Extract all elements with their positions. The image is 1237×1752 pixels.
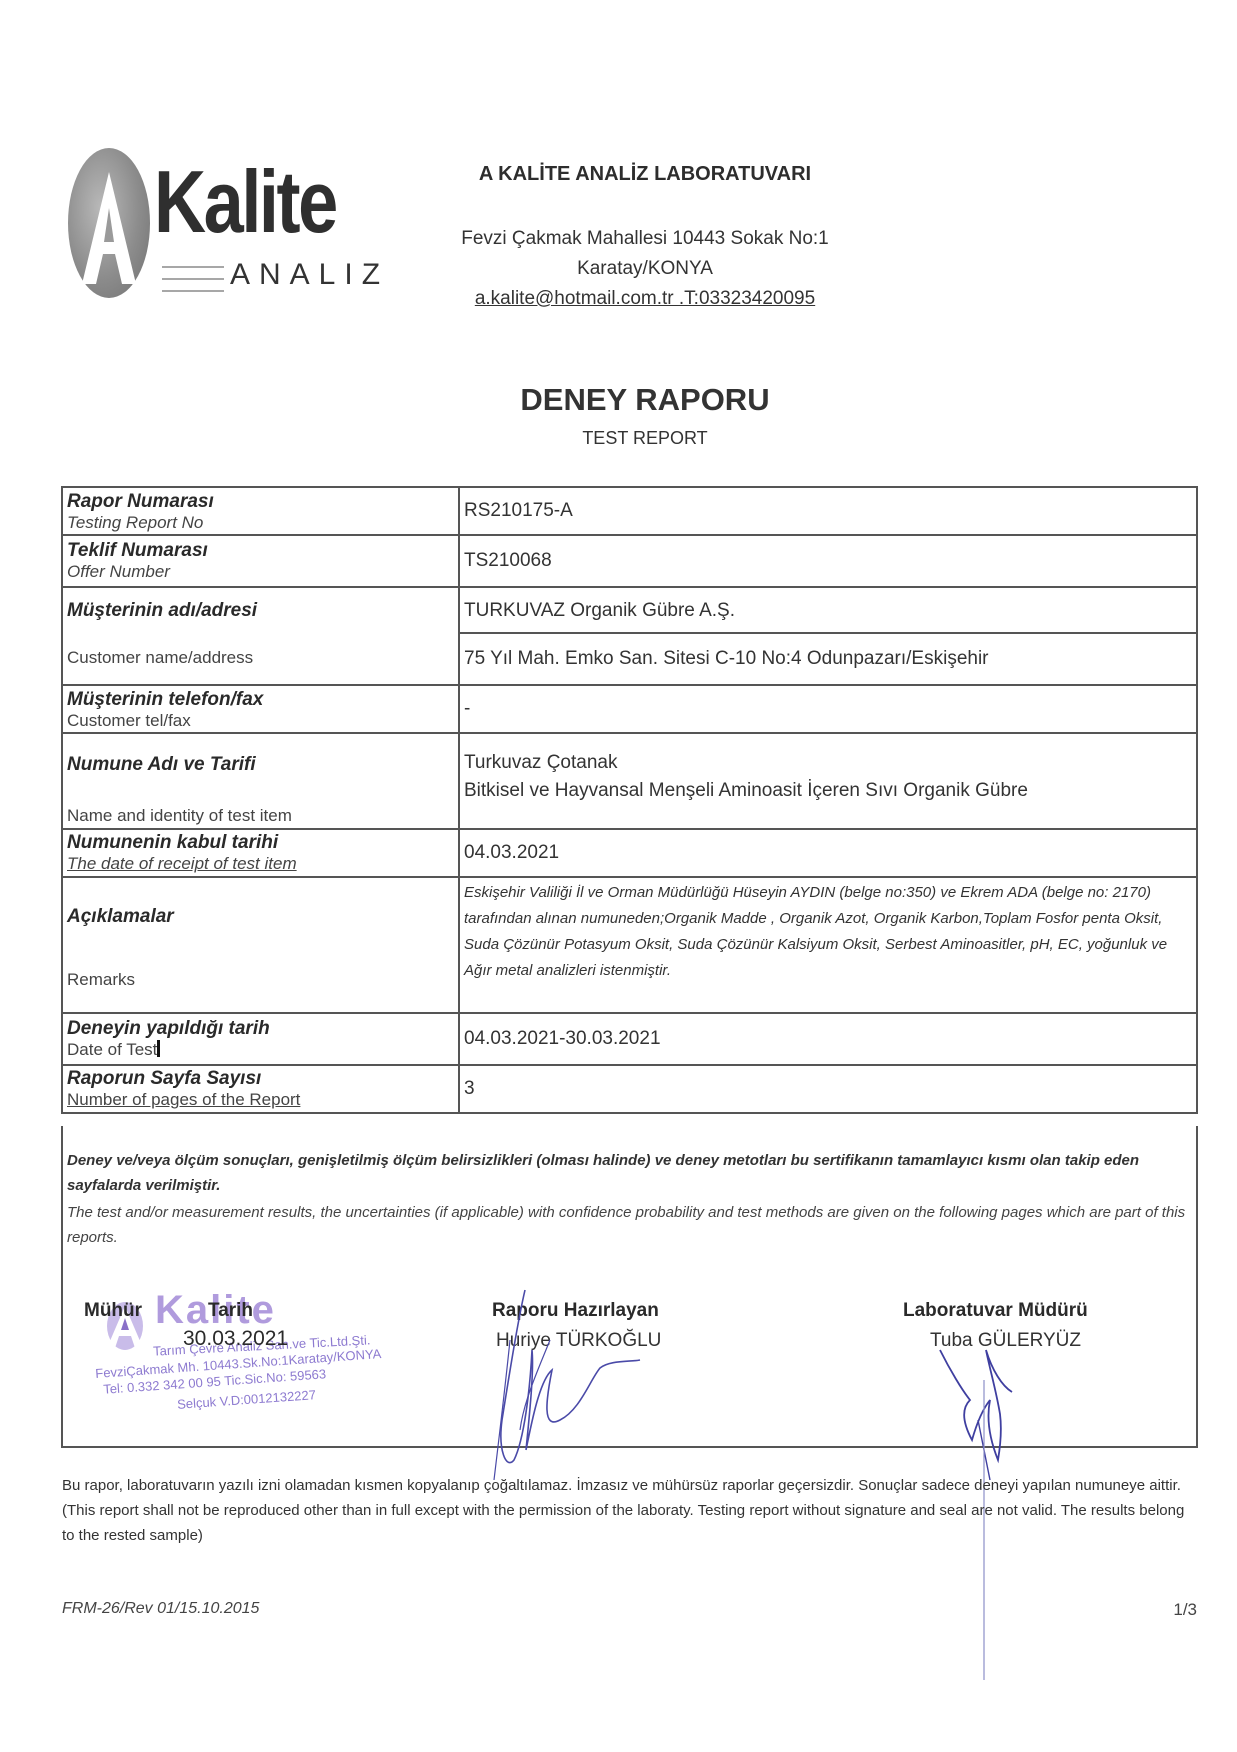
stamp-line-4: Selçuk V.D:0012132227 bbox=[177, 1387, 317, 1412]
lab-contact-link[interactable]: a.kalite@hotmail.com.tr .T:03323420095 bbox=[420, 288, 870, 310]
label-cell: Rapor Numarası Testing Report No bbox=[62, 487, 459, 535]
report-no-label-tr: Rapor Numarası bbox=[67, 491, 454, 512]
table-row-remarks: Açıklamalar Remarks Eskişehir Valiliği İ… bbox=[62, 877, 1197, 1013]
value-cell: TURKUVAZ Organik Gübre A.Ş. bbox=[459, 587, 1197, 633]
disclaimer-text: Bu rapor, laboratuvarın yazılı izni olam… bbox=[62, 1473, 1192, 1548]
label-cell: Müşterinin adı/adresi Customer name/addr… bbox=[62, 587, 459, 685]
customer-address-value: 75 Yıl Mah. Emko San. Sitesi C-10 No:4 O… bbox=[464, 648, 1192, 670]
lab-title: A KALİTE ANALİZ LABORATUVARI bbox=[420, 163, 870, 186]
value-cell: 3 bbox=[459, 1065, 1197, 1113]
label-cell: Müşterinin telefon/fax Customer tel/fax bbox=[62, 685, 459, 733]
test-date-label-en-wrap: Date of Test bbox=[67, 1039, 454, 1060]
value-cell: TS210068 bbox=[459, 535, 1197, 587]
test-date-value: 04.03.2021-30.03.2021 bbox=[464, 1028, 1192, 1050]
table-row-page-count: Raporun Sayfa Sayısı Number of pages of … bbox=[62, 1065, 1197, 1113]
seal-label: Mühür bbox=[84, 1300, 142, 1322]
note-english: The test and/or measurement results, the… bbox=[67, 1200, 1192, 1250]
customer-label-tr: Müşterinin adı/adresi bbox=[67, 600, 454, 621]
phone-label-tr: Müşterinin telefon/fax bbox=[67, 689, 454, 710]
offer-no-label-en: Offer Number bbox=[67, 561, 454, 582]
company-stamp: Kalite Tarım Çevre Analiz San.ve Tic.Ltd… bbox=[95, 1288, 435, 1418]
page-count-label-en: Number of pages of the Report bbox=[67, 1089, 454, 1110]
label-cell: Numunenin kabul tarihi The date of recei… bbox=[62, 829, 459, 877]
sample-description-value: Bitkisel ve Hayvansal Menşeli Aminoasit … bbox=[464, 780, 1192, 802]
table-row-offer-no: Teklif Numarası Offer Number TS210068 bbox=[62, 535, 1197, 587]
page-number: 1/3 bbox=[1173, 1600, 1197, 1620]
sample-label-en: Name and identity of test item bbox=[67, 805, 454, 826]
customer-name-value: TURKUVAZ Organik Gübre A.Ş. bbox=[464, 600, 1192, 622]
label-cell: Deneyin yapıldığı tarih Date of Test bbox=[62, 1013, 459, 1065]
phone-label-en: Customer tel/fax bbox=[67, 710, 454, 731]
date-label: Tarih bbox=[208, 1300, 253, 1322]
lab-address-line2: Karatay/KONYA bbox=[420, 258, 870, 280]
value-cell: Eskişehir Valiliği İl ve Orman Müdürlüğü… bbox=[459, 877, 1197, 1013]
offer-no-value: TS210068 bbox=[464, 550, 1192, 572]
receipt-date-value: 04.03.2021 bbox=[464, 842, 1192, 864]
company-logo: Kalite ANALIZ bbox=[62, 148, 362, 298]
remarks-value: Eskişehir Valiliği İl ve Orman Müdürlüğü… bbox=[464, 880, 1192, 984]
sample-name-value: Turkuvaz Çotanak bbox=[464, 752, 1192, 774]
page-count-value: 3 bbox=[464, 1078, 1192, 1100]
remarks-label-en: Remarks bbox=[67, 969, 454, 990]
sample-label-tr: Numune Adı ve Tarifi bbox=[67, 754, 454, 775]
receipt-date-label-en: The date of receipt of test item bbox=[67, 853, 454, 874]
test-date-label-en: Date of Test bbox=[67, 1040, 157, 1059]
remarks-label-tr: Açıklamalar bbox=[67, 906, 454, 927]
table-row-receipt-date: Numunenin kabul tarihi The date of recei… bbox=[62, 829, 1197, 877]
table-row-customer-name: Müşterinin adı/adresi Customer name/addr… bbox=[62, 587, 1197, 633]
phone-value: - bbox=[464, 698, 1192, 720]
form-code: FRM-26/Rev 01/15.10.2015 bbox=[62, 1600, 259, 1618]
manager-title: Laboratuvar Müdürü bbox=[903, 1300, 1088, 1322]
value-cell: Turkuvaz Çotanak Bitkisel ve Hayvansal M… bbox=[459, 733, 1197, 829]
value-cell: 04.03.2021-30.03.2021 bbox=[459, 1013, 1197, 1065]
receipt-date-label-tr: Numunenin kabul tarihi bbox=[67, 832, 454, 853]
report-info-table: Rapor Numarası Testing Report No RS21017… bbox=[61, 486, 1198, 1114]
value-cell: RS210175-A bbox=[459, 487, 1197, 535]
page-count-label-tr: Raporun Sayfa Sayısı bbox=[67, 1068, 454, 1089]
value-cell: - bbox=[459, 685, 1197, 733]
logo-a-letter-icon bbox=[80, 168, 138, 288]
logo-decorative-lines bbox=[162, 266, 224, 302]
signature-date-value: 30.03.2021 bbox=[183, 1327, 288, 1351]
report-no-value: RS210175-A bbox=[464, 500, 1192, 522]
logo-sub-text: ANALIZ bbox=[230, 260, 389, 290]
label-cell: Teklif Numarası Offer Number bbox=[62, 535, 459, 587]
manager-name: Tuba GÜLERYÜZ bbox=[930, 1330, 1081, 1352]
table-row-report-no: Rapor Numarası Testing Report No RS21017… bbox=[62, 487, 1197, 535]
table-row-test-date: Deneyin yapıldığı tarih Date of Test 04.… bbox=[62, 1013, 1197, 1065]
offer-no-label-tr: Teklif Numarası bbox=[67, 540, 454, 561]
text-cursor-mark bbox=[157, 1040, 160, 1057]
test-date-label-tr: Deneyin yapıldığı tarih bbox=[67, 1018, 454, 1039]
table-row-phone: Müşterinin telefon/fax Customer tel/fax … bbox=[62, 685, 1197, 733]
label-cell: Açıklamalar Remarks bbox=[62, 877, 459, 1013]
report-no-label-en: Testing Report No bbox=[67, 512, 454, 533]
preparer-name: Huriye TÜRKOĞLU bbox=[496, 1330, 661, 1352]
document-subtitle: TEST REPORT bbox=[420, 428, 870, 449]
label-cell: Numune Adı ve Tarifi Name and identity o… bbox=[62, 733, 459, 829]
lab-address-line1: Fevzi Çakmak Mahallesi 10443 Sokak No:1 bbox=[420, 228, 870, 250]
label-cell: Raporun Sayfa Sayısı Number of pages of … bbox=[62, 1065, 459, 1113]
table-row-sample: Numune Adı ve Tarifi Name and identity o… bbox=[62, 733, 1197, 829]
preparer-title: Raporu Hazırlayan bbox=[492, 1300, 659, 1322]
customer-label-en: Customer name/address bbox=[67, 647, 454, 668]
logo-brand-text: Kalite bbox=[154, 158, 336, 246]
note-turkish: Deney ve/veya ölçüm sonuçları, genişleti… bbox=[67, 1148, 1192, 1198]
value-cell: 75 Yıl Mah. Emko San. Sitesi C-10 No:4 O… bbox=[459, 633, 1197, 685]
document-title: DENEY RAPORU bbox=[420, 382, 870, 418]
value-cell: 04.03.2021 bbox=[459, 829, 1197, 877]
